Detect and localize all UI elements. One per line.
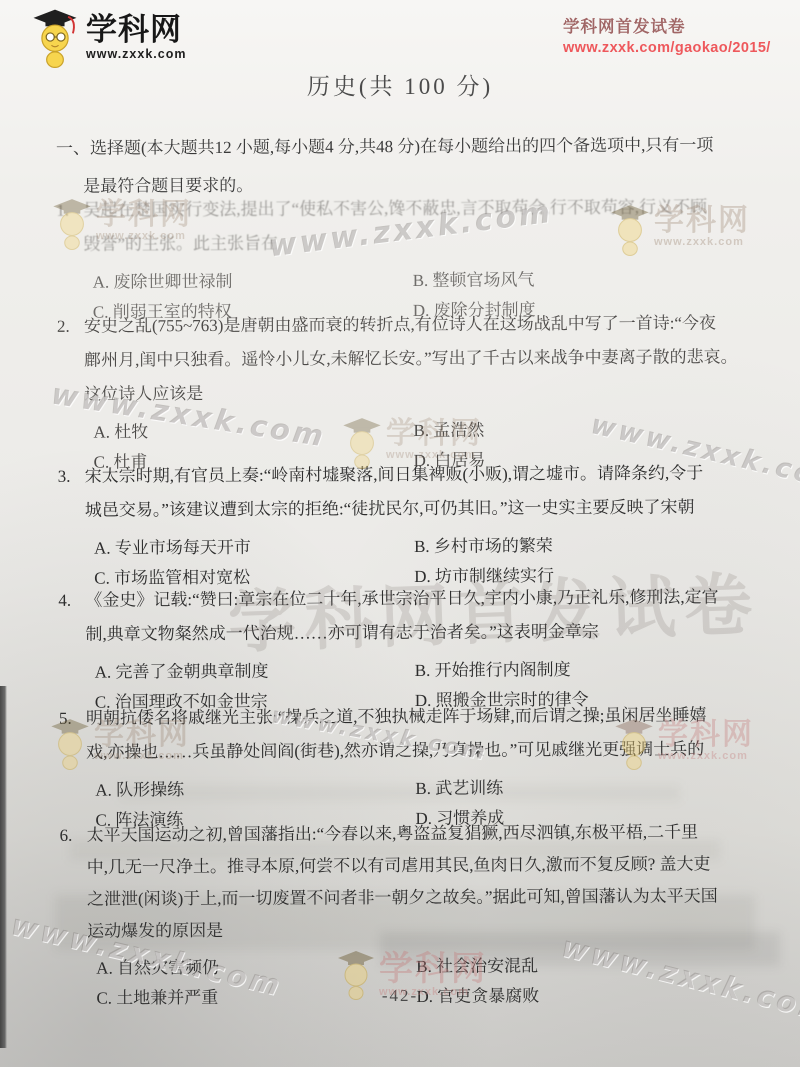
question-text: 制,典章文物粲然成一代治规……亦可谓有志于治者矣。”这表明金章宗 [58,614,760,652]
question-5: 5.明朝抗倭名将戚继光主张:“操兵之道,不独执械走阵于场肄,而后谓之操;虽闲居坐… [59,698,762,836]
question-text: 中,几无一尺净土。推寻本原,何尝不以有司虐用其民,鱼肉日久,激而不复反顾? 盖大… [60,848,762,884]
option-b: B. 孟浩然 [413,414,759,446]
logo-url: www.zxxk.com [86,47,186,61]
mascot-icon [28,6,82,68]
option-a: A. 完善了金朝典章制度 [95,656,415,688]
release-banner: 学科网首发试卷 www.zxxk.com/gaokao/2015/ [563,13,771,56]
option-a: A. 杜牧 [93,416,413,448]
question-number: 2. [57,310,84,344]
question-6: 6.太平天国运动之初,曾国藩指出:“今春以来,粤盗益复猖獗,西尽泗镇,东极平梧,… [59,816,762,1014]
option-b: B. 开始推行内阁制度 [415,654,761,686]
question-text: 之泄泄(闲谈)于上,而一切废置不问者非一朝夕之故矣。”据此可知,曾国藩认为太平天… [60,880,762,916]
question-3: 3.宋太宗时期,有官员上奏:“岭南村墟聚落,间日集裨贩(小贩),谓之墟市。请降条… [58,456,761,594]
option-b: B. 武艺训练 [415,772,761,804]
question-text: 戏,亦操也……兵虽静处闾阎(街巷),然亦谓之操,乃真操也。”可见戚继光更强调士兵… [59,732,761,770]
question-number: 3. [58,460,85,494]
exam-content: 一、选择题(本大题共12 小题,每小题4 分,共48 分)在每小题给出的四个备选… [55,0,763,1067]
option-b: B. 社会治安混乱 [416,950,762,982]
question-text: 《金史》记载:“赞曰:章宗在位二十年,承世宗治平日久,宇内小康,乃正礼乐,修刑法… [85,587,718,609]
question-text: 吴起在楚国实行变法,提出了“使私不害公,馋不蔽忠,言不取苟合,行不取苟容,行义不… [83,197,707,219]
question-text: 明朝抗倭名将戚继光主张:“操兵之道,不独执械走阵于场肄,而后谓之操;虽闲居坐睡嬉 [86,705,707,727]
question-2: 2.安史之乱(755~763)是唐朝由盛而衰的转折点,有位诗人在这场战乱中写了一… [57,306,760,478]
question-text: 运动爆发的原因是 [60,912,762,948]
question-text: 宋太宗时期,有官员上奏:“岭南村墟聚落,间日集裨贩(小贩),谓之墟市。请降条约,… [85,463,704,485]
question-number: 5. [59,702,86,736]
release-banner-url: www.zxxk.com/gaokao/2015/ [563,40,771,56]
option-b: B. 整顿官场风气 [413,264,759,296]
question-text: 城邑交易。”该建议遭到太宗的拒绝:“徒扰民尔,可仍其旧。”这一史实主要反映了宋朝 [58,490,760,528]
release-banner-title: 学科网首发试卷 [563,13,771,37]
question-text: 鄜州月,闺中只独看。遥怜小儿女,未解忆长安。”写出了千古以来战争中妻离子散的悲哀… [57,340,759,378]
page-number: -42- [0,986,800,1006]
scanned-exam-page: 学科网 www.zxxk.com 学科网首发试卷 www.zxxk.com/ga… [0,0,800,1067]
question-text: 安史之乱(755~763)是唐朝由盛而衰的转折点,有位诗人在这场战乱中写了一首诗… [84,313,716,335]
scan-edge-strip [0,686,7,1048]
question-text: 毁誉”的主张。此主张旨在 [56,224,758,262]
question-number: 4. [58,584,85,618]
question-4: 4.《金史》记载:“赞曰:章宗在位二十年,承世宗治平日久,宇内小康,乃正礼乐,修… [58,580,761,718]
instructions-line: 一、选择题(本大题共12 小题,每小题4 分,共48 分)在每小题给出的四个备选… [56,126,758,168]
option-a: A. 专业市场每天开市 [94,532,414,564]
question-text: 太平天国运动之初,曾国藩指出:“今春以来,粤盗益复猖獗,西尽泗镇,东极平梧,二千… [87,822,699,844]
logo-text: 学科网 [86,14,186,46]
question-text: 这位诗人应该是 [57,374,759,412]
option-a: A. 队形操练 [95,774,415,806]
question-number: 1. [56,194,83,228]
site-logo: 学科网 www.zxxk.com [28,6,186,68]
option-a: A. 废除世卿世禄制 [93,266,413,298]
question-number: 6. [59,820,86,852]
option-a: A. 自然灾害频仍 [96,952,416,984]
option-b: B. 乡村市场的繁荣 [414,530,760,562]
